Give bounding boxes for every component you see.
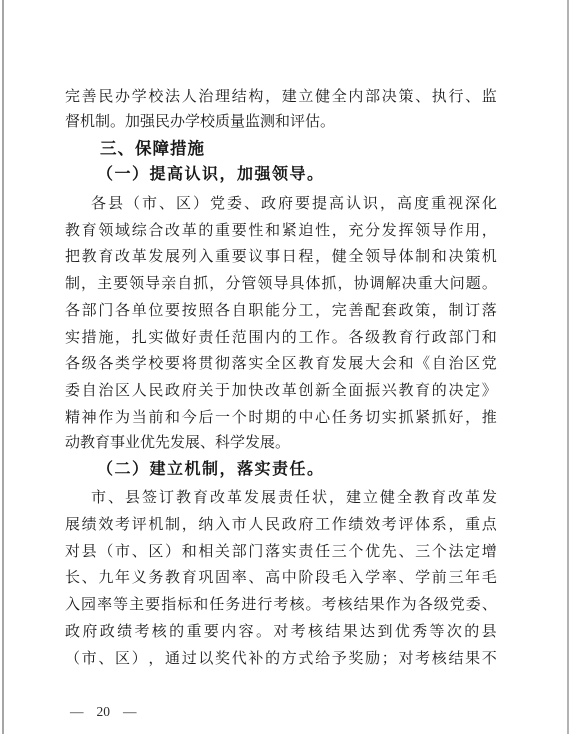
text-line: 动教育事业优先发展、科学发展。 <box>65 430 497 457</box>
text-line: 教育领域综合改革的重要性和紧迫性，充分发挥领导作用， <box>65 216 497 243</box>
text-line: 展绩效考评机制，纳入市人民政府工作绩效考评体系，重点 <box>65 510 497 537</box>
page-number: — 20 — <box>70 703 137 721</box>
document-page: 完善民办学校法人治理结构，建立健全内部决策、执行、监督机制。加强民办学校质量监测… <box>0 0 572 734</box>
text-line: 督机制。加强民办学校质量监测和评估。 <box>65 109 497 136</box>
text-line: 长、九年义务教育巩固率、高中阶段毛入学率、学前三年毛 <box>65 564 497 591</box>
text-line: 市、县签订教育改革发展责任状，建立健全教育改革发 <box>65 483 497 510</box>
text-line: （市、区），通过以奖代补的方式给予奖励；对考核结果不 <box>65 644 497 671</box>
text-line: 入园率等主要指标和任务进行考核。考核结果作为各级党委、 <box>65 590 497 617</box>
page-number-value: 20 <box>97 704 111 720</box>
text-line: 各部门各单位要按照各自职能分工，完善配套政策，制订落 <box>65 296 497 323</box>
page-number-dash-left: — <box>70 704 84 720</box>
page-number-dash-right: — <box>123 704 137 720</box>
text-line: 实措施，扎实做好责任范围内的工作。各级教育行政部门和 <box>65 323 497 350</box>
text-line: 精神作为当前和今后一个时期的中心任务切实抓紧抓好，推 <box>65 403 497 430</box>
text-line: 制，主要领导亲自抓，分管领导具体抓，协调解决重大问题。 <box>65 269 497 296</box>
document-body: 完善民办学校法人治理结构，建立健全内部决策、执行、监督机制。加强民办学校质量监测… <box>65 82 497 671</box>
text-line: 各级各类学校要将贯彻落实全区教育发展大会和《自治区党 <box>65 350 497 377</box>
text-line: 对县（市、区）和相关部门落实责任三个优先、三个法定增 <box>65 537 497 564</box>
heading-line: （一）提高认识，加强领导。 <box>65 162 497 189</box>
heading-line: 三、保障措施 <box>65 136 497 163</box>
heading-line: （二）建立机制，落实责任。 <box>65 457 497 484</box>
page-left-edge <box>2 0 4 734</box>
page-right-edge <box>567 0 569 734</box>
text-line: 政府政绩考核的重要内容。对考核结果达到优秀等次的县 <box>65 617 497 644</box>
text-line: 各县（市、区）党委、政府要提高认识，高度重视深化 <box>65 189 497 216</box>
text-line: 把教育改革发展列入重要议事日程，健全领导体制和决策机 <box>65 243 497 270</box>
text-line: 委自治区人民政府关于加快改革创新全面振兴教育的决定》 <box>65 376 497 403</box>
text-line: 完善民办学校法人治理结构，建立健全内部决策、执行、监 <box>65 82 497 109</box>
